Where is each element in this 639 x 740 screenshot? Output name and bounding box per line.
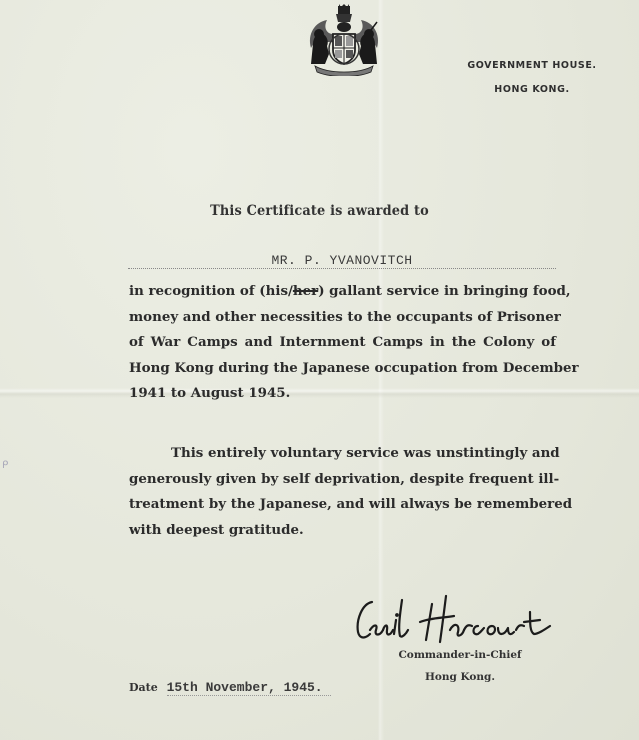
struck-out-pronoun: her bbox=[293, 283, 318, 299]
paragraph-line: in recognition of (his/her) gallant serv… bbox=[129, 279, 556, 305]
address-line-government-house: GOVERNMENT HOUSE. bbox=[462, 59, 602, 83]
address-line-hong-kong: HONG KONG. bbox=[462, 83, 602, 107]
date-label: Date bbox=[129, 681, 158, 694]
paragraph-line: This entirely voluntary service was unst… bbox=[129, 441, 556, 467]
certificate-heading: This Certificate is awarded to bbox=[26, 203, 614, 219]
signatory-location: Hong Kong. bbox=[380, 671, 540, 683]
recipient-name: MR. P. YVANOVITCH bbox=[271, 253, 412, 268]
paragraph-line: with deepest gratitude. bbox=[129, 518, 556, 544]
recipient-field: MR. P. YVANOVITCH bbox=[128, 249, 556, 269]
certificate-page: GOVERNMENT HOUSE. HONG KONG. This Certif… bbox=[0, 0, 639, 740]
paragraph-line: Hong Kong during the Japanese occupation… bbox=[129, 356, 556, 382]
paragraph-line: 1941 to August 1945. bbox=[129, 381, 556, 407]
signatory-title: Commander-in-Chief bbox=[380, 649, 540, 661]
margin-pencil-mark: ᑭ bbox=[2, 460, 8, 471]
gratitude-paragraph: This entirely voluntary service was unst… bbox=[129, 441, 556, 543]
paragraph-line: of War Camps and Internment Camps in the… bbox=[129, 330, 556, 356]
letterhead-address: GOVERNMENT HOUSE. HONG KONG. bbox=[462, 59, 602, 107]
date-value: 15th November, 1945. bbox=[167, 680, 331, 696]
date-field: Date 15th November, 1945. bbox=[129, 680, 331, 696]
paragraph-line: generously given by self deprivation, de… bbox=[129, 467, 556, 493]
paragraph-line: treatment by the Japanese, and will alwa… bbox=[129, 492, 556, 518]
royal-coat-of-arms-icon bbox=[305, 4, 383, 76]
recognition-paragraph: in recognition of (his/her) gallant serv… bbox=[129, 279, 556, 407]
paragraph-line: money and other necessities to the occup… bbox=[129, 305, 556, 331]
handwritten-signature: Cecil Harcourt bbox=[350, 590, 560, 650]
